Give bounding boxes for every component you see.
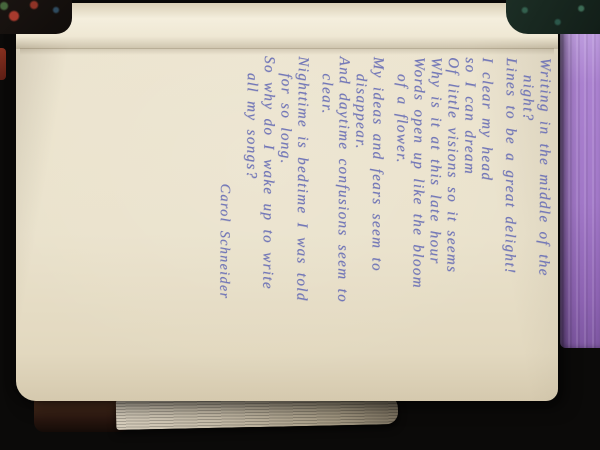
poem-line: Why is it at this late hour bbox=[425, 57, 444, 405]
poem-line: Lines to be a great delight! bbox=[500, 58, 519, 406]
poem-line: Of little visions so it seems bbox=[442, 57, 461, 405]
poem-line: Nighttime is bedtime I was told bbox=[292, 56, 311, 404]
poem-line: so I can dream bbox=[459, 57, 478, 405]
purple-book-cover bbox=[560, 26, 600, 348]
stanza: Writing in the middle of thenight?Lines … bbox=[500, 58, 553, 406]
poem-line: disappear. bbox=[350, 74, 369, 405]
notebook-photo: Writing in the middle of thenight?Lines … bbox=[0, 0, 600, 450]
handwritten-poem: Writing in the middle of thenight?Lines … bbox=[179, 55, 553, 406]
poem-line: So why do I wake up to write bbox=[258, 56, 277, 404]
poem-line: My ideas and fears seem to bbox=[367, 57, 386, 405]
poem-line: And daytime confusions seem to bbox=[333, 56, 352, 404]
poem-line: clear. bbox=[316, 73, 335, 404]
fabric-background-top-left bbox=[0, 0, 72, 34]
stanza: Nighttime is bedtime I was toldfor so lo… bbox=[241, 56, 311, 404]
poem-line: I clear my head bbox=[476, 57, 495, 405]
stanza: I clear my headso I can dreamOf little v… bbox=[391, 57, 495, 406]
poem-stanzas: Writing in the middle of thenight?Lines … bbox=[241, 56, 553, 406]
poem-line: for so long. bbox=[275, 73, 294, 404]
page-top-curl bbox=[16, 3, 558, 49]
poem-line: of a flower. bbox=[391, 74, 410, 405]
stanza: My ideas and fears seem todisappear.And … bbox=[316, 56, 386, 404]
poem-line: night? bbox=[517, 75, 536, 406]
fabric-background-top-right bbox=[506, 0, 600, 34]
page-crease-shadow bbox=[20, 48, 554, 55]
red-book-edge bbox=[0, 48, 6, 80]
poem-line: all my songs? bbox=[241, 73, 260, 404]
poem-line: Words open up like the bloom bbox=[408, 57, 427, 405]
signature: Carol Schneider bbox=[215, 184, 234, 404]
poem-line: Writing in the middle of the bbox=[534, 58, 553, 406]
